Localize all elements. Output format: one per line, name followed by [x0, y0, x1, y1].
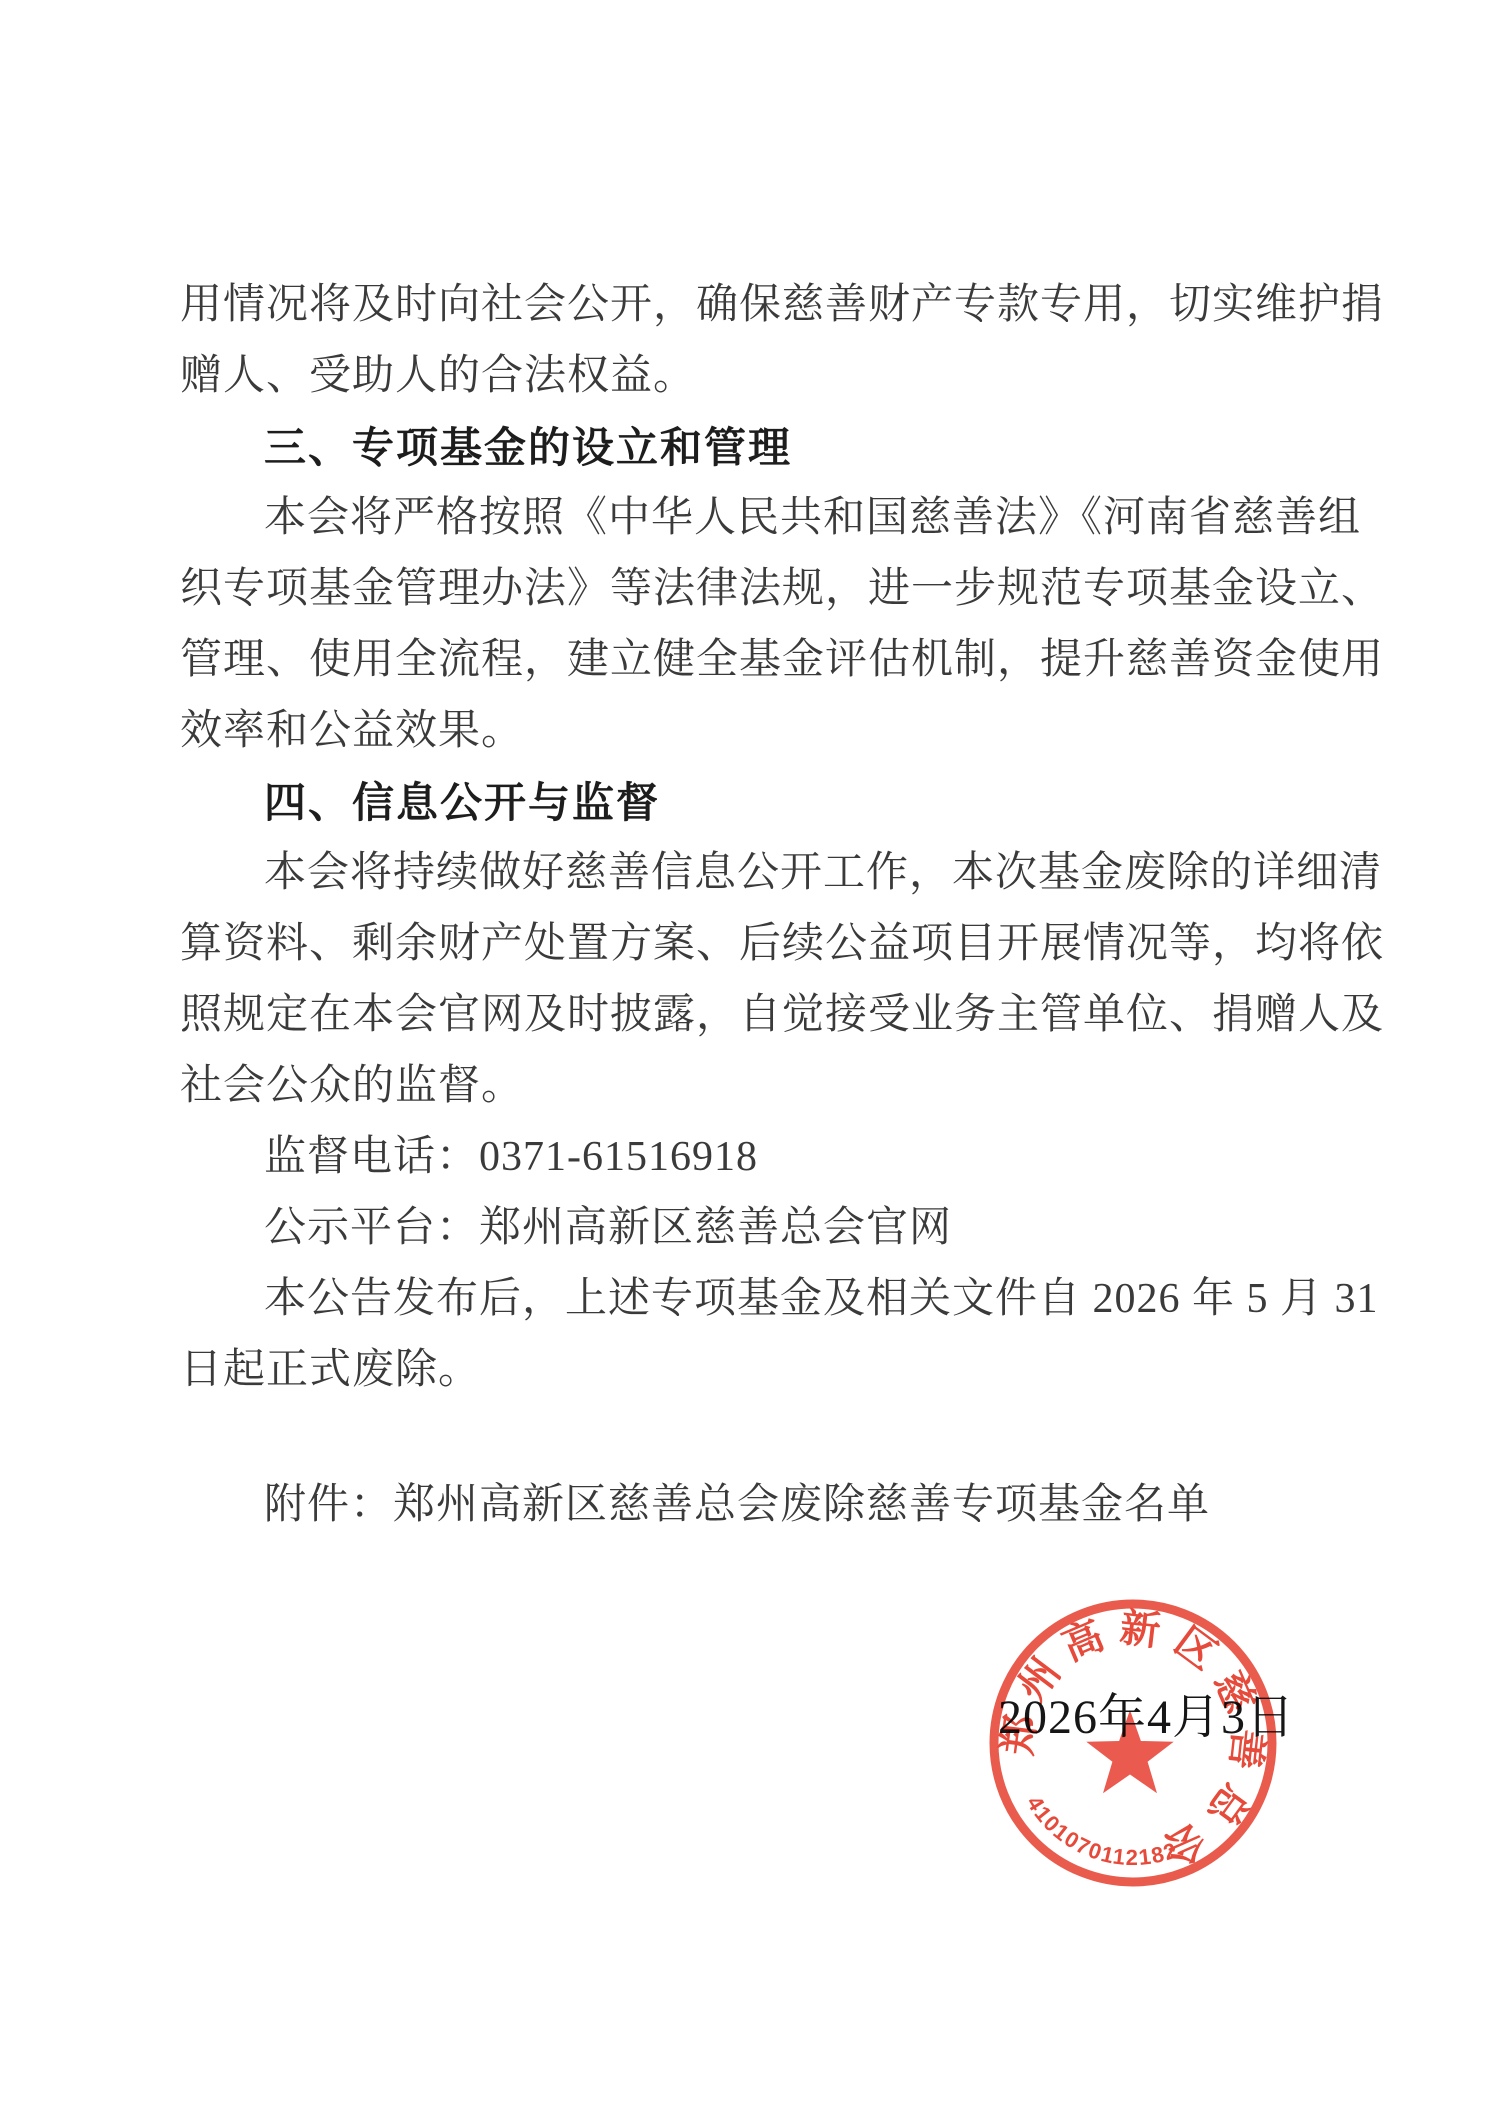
text-line: 本会将持续做好慈善信息公开工作，本次基金废除的详细清	[180, 838, 1330, 909]
text-line: 照规定在本会官网及时披露，自觉接受业务主管单位、捐赠人及	[180, 980, 1330, 1051]
issue-date: 2026年4月3日	[998, 1692, 1295, 1744]
attachment-line: 附件：郑州高新区慈善总会废除慈善专项基金名单	[180, 1470, 1330, 1541]
text-line: 效率和公益效果。	[180, 696, 1330, 767]
text-line: 织专项基金管理办法》等法律法规，进一步规范专项基金设立、	[180, 554, 1330, 625]
document-body: 用情况将及时向社会公开，确保慈善财产专款专用，切实维护捐 赠人、受助人的合法权益…	[180, 270, 1330, 1541]
seal-serial-text: 4101070112182	[1022, 1791, 1181, 1870]
phone-line: 监督电话：0371-61516918	[180, 1122, 1330, 1193]
text-line: 社会公众的监督。	[180, 1051, 1330, 1122]
section-heading-4: 四、信息公开与监督	[180, 767, 1330, 838]
text-line: 日起正式废除。	[180, 1335, 1330, 1406]
text-line: 管理、使用全流程，建立健全基金评估机制，提升慈善资金使用	[180, 625, 1330, 696]
text-line: 赠人、受助人的合法权益。	[180, 341, 1330, 412]
text-line: 用情况将及时向社会公开，确保慈善财产专款专用，切实维护捐	[180, 270, 1330, 341]
text-line: 本公告发布后，上述专项基金及相关文件自 2026 年 5 月 31	[180, 1264, 1330, 1335]
text-line: 本会将严格按照《中华人民共和国慈善法》《河南省慈善组	[180, 483, 1330, 554]
blank-gap	[180, 1406, 1330, 1470]
section-heading-3: 三、专项基金的设立和管理	[180, 412, 1330, 483]
document-page: 用情况将及时向社会公开，确保慈善财产专款专用，切实维护捐 赠人、受助人的合法权益…	[0, 0, 1500, 2120]
text-line: 算资料、剩余财产处置方案、后续公益项目开展情况等，均将依	[180, 909, 1330, 980]
platform-line: 公示平台：郑州高新区慈善总会官网	[180, 1193, 1330, 1264]
